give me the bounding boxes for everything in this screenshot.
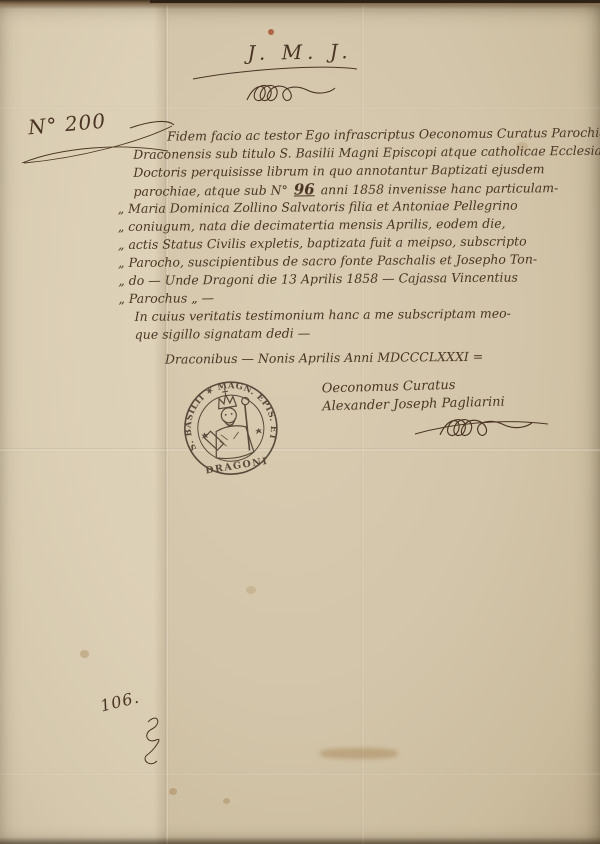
page-bottom-edge bbox=[0, 837, 600, 844]
horizontal-fold-crease bbox=[0, 448, 600, 452]
monogram-underline bbox=[193, 67, 357, 79]
document-paper: J. M. J. N° 200 Fidem facio ac testor Eg… bbox=[0, 0, 600, 844]
body-text: Fidem facio ac testor Ego infrascriptus … bbox=[117, 124, 579, 369]
register-number: 96 bbox=[292, 180, 317, 198]
body-line-fragment: anni 1858 invenisse hanc particulam- bbox=[317, 180, 559, 197]
signer-name: Alexander Joseph Pagliarini bbox=[322, 394, 505, 417]
stain-spot bbox=[246, 586, 256, 594]
star-ornament bbox=[256, 429, 261, 434]
monogram-flourish bbox=[247, 85, 335, 100]
page-top-edge-shadow bbox=[150, 0, 600, 3]
body-line: que sigillo signatam dedi — bbox=[119, 322, 579, 344]
dateline: Draconibus — Nonis Aprilis Anni MDCCCLXX… bbox=[119, 347, 579, 369]
signature-underline bbox=[415, 422, 548, 434]
stain-spot bbox=[80, 650, 89, 658]
horizontal-fold-crease bbox=[0, 772, 600, 776]
stain-smear bbox=[320, 748, 398, 759]
stain-spot bbox=[268, 29, 274, 35]
stain-spot bbox=[223, 798, 230, 804]
body-line-fragment: parochiae, atque sub N° bbox=[133, 182, 291, 198]
signature-block: Oeconomus Curatus Alexander Joseph Pagli… bbox=[322, 376, 505, 417]
signature-flourish bbox=[440, 420, 532, 436]
parish-seal: S. BASILII ✶ MAGN. EPIS. ET EC. DOCT. DR… bbox=[174, 370, 289, 488]
stain-spot bbox=[169, 788, 177, 795]
